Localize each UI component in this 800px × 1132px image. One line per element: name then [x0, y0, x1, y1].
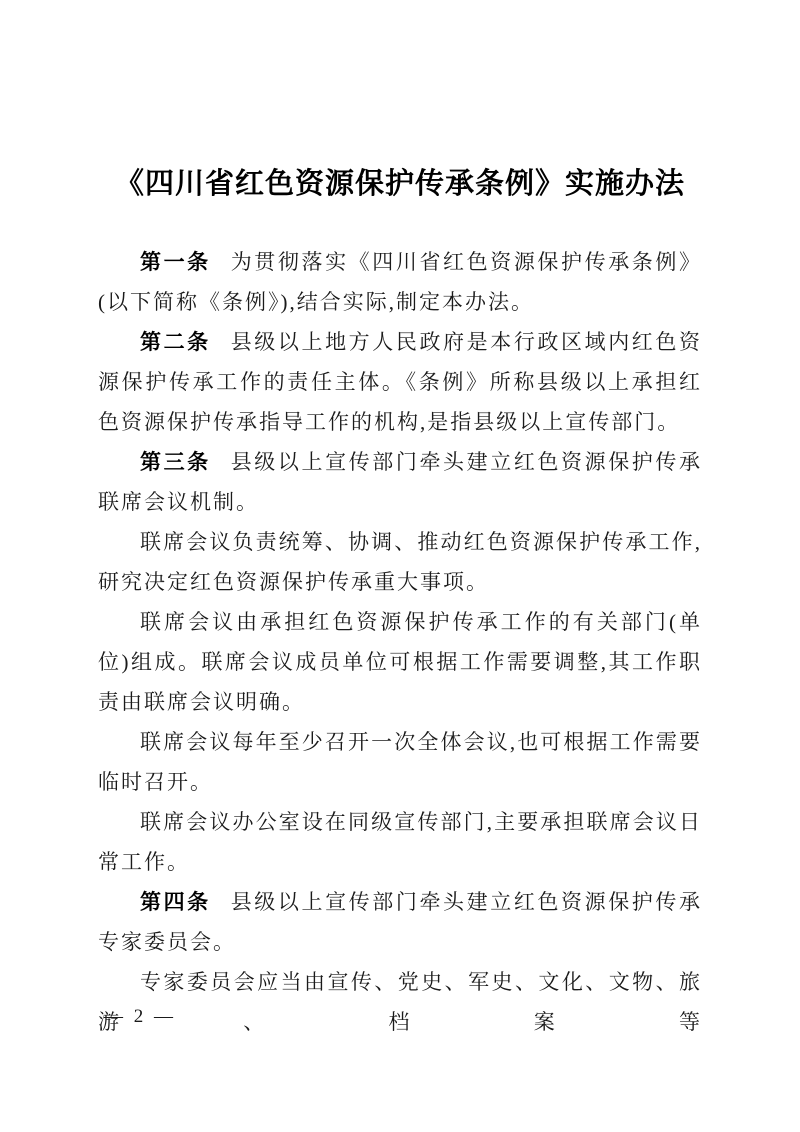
article-label: 第四条 — [140, 890, 211, 914]
paragraph: 联席会议由承担红色资源保护传承工作的有关部门(单位)组成。联席会议成员单位可根据… — [98, 602, 702, 722]
paragraph: 第三条县级以上宣传部门牵头建立红色资源保护传承联席会议机制。 — [98, 442, 702, 522]
paragraph-text: 联席会议办公室设在同级宣传部门,主要承担联席会议日常工作。 — [98, 810, 702, 874]
paragraph: 专家委员会应当由宣传、党史、军史、文化、文物、旅游、档案等 — [98, 962, 702, 1042]
paragraph-text: 联席会议由承担红色资源保护传承工作的有关部门(单位)组成。联席会议成员单位可根据… — [98, 610, 702, 714]
paragraph: 第一条为贯彻落实《四川省红色资源保护传承条例》(以下简称《条例》),结合实际,制… — [98, 242, 702, 322]
paragraph-text: 专家委员会应当由宣传、党史、军史、文化、文物、旅游、档案等 — [98, 970, 702, 1034]
document-title: 《四川省红色资源保护传承条例》实施办法 — [98, 162, 702, 206]
paragraph: 联席会议每年至少召开一次全体会议,也可根据工作需要临时召开。 — [98, 722, 702, 802]
document-page: 《四川省红色资源保护传承条例》实施办法 第一条为贯彻落实《四川省红色资源保护传承… — [0, 0, 800, 1132]
article-label: 第二条 — [140, 330, 211, 354]
page-number: — 2 — — [104, 1006, 176, 1028]
paragraph: 第二条县级以上地方人民政府是本行政区域内红色资源保护传承工作的责任主体。《条例》… — [98, 322, 702, 442]
document-content: 《四川省红色资源保护传承条例》实施办法 第一条为贯彻落实《四川省红色资源保护传承… — [0, 0, 800, 1042]
paragraph: 联席会议负责统筹、协调、推动红色资源保护传承工作,研究决定红色资源保护传承重大事… — [98, 522, 702, 602]
paragraph-text: 联席会议负责统筹、协调、推动红色资源保护传承工作,研究决定红色资源保护传承重大事… — [98, 530, 702, 594]
paragraph-text: 联席会议每年至少召开一次全体会议,也可根据工作需要临时召开。 — [98, 730, 702, 794]
article-label: 第一条 — [140, 250, 211, 274]
paragraph: 第四条县级以上宣传部门牵头建立红色资源保护传承专家委员会。 — [98, 882, 702, 962]
paragraph: 联席会议办公室设在同级宣传部门,主要承担联席会议日常工作。 — [98, 802, 702, 882]
article-label: 第三条 — [140, 450, 211, 474]
